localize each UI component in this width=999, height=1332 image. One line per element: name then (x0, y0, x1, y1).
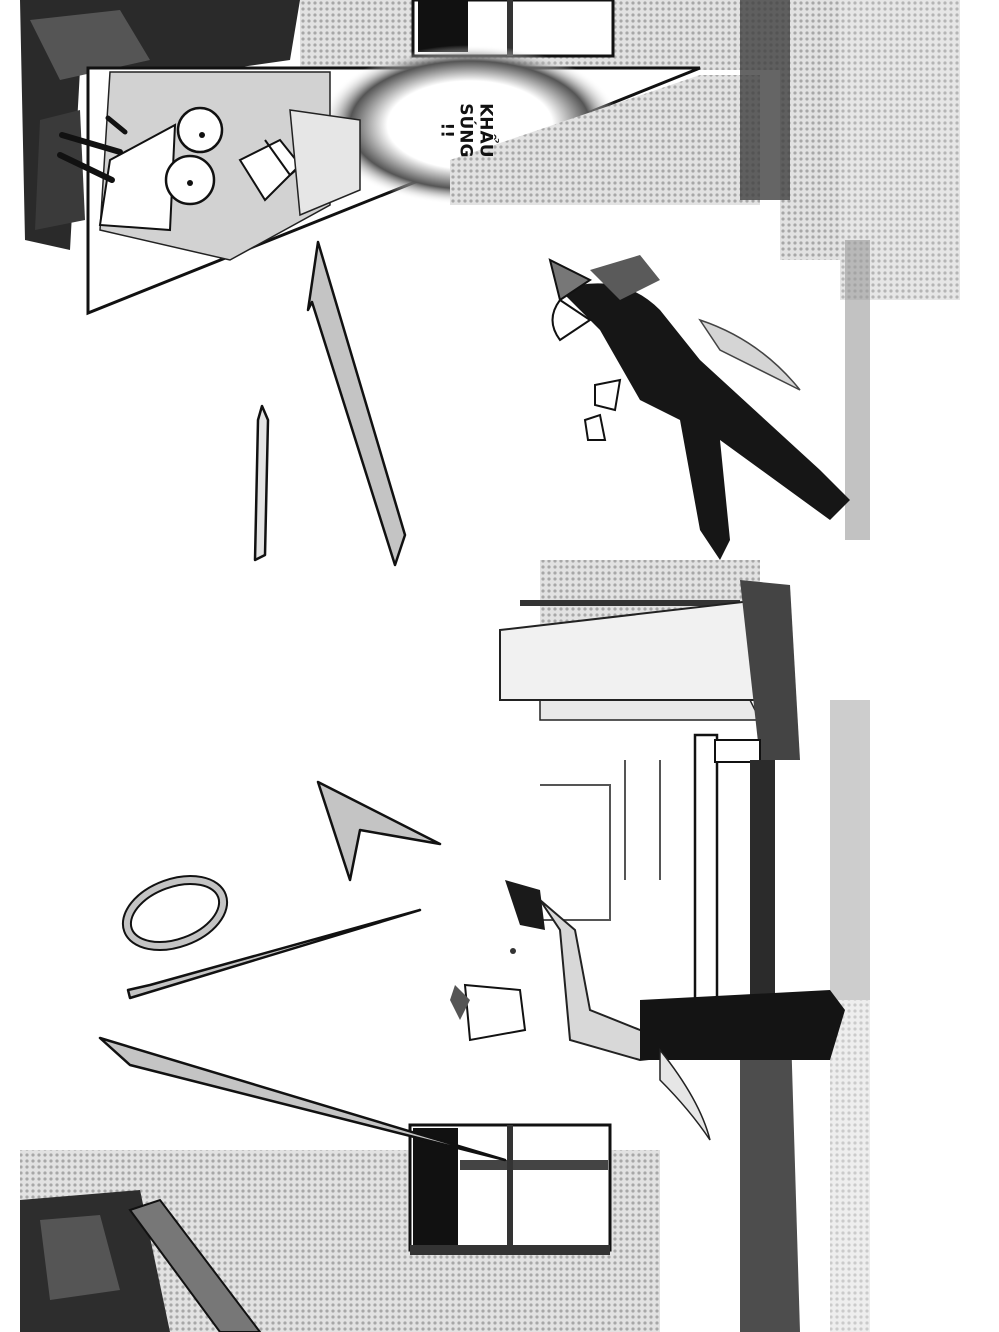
caption-khau-sung: KHẨU SÚNG !! (410, 70, 520, 190)
caption-line-1: KHẨU (475, 103, 495, 157)
wall-bricks (540, 760, 660, 920)
gunshot-sfx (100, 242, 505, 1160)
scene-artwork (0, 0, 999, 1332)
caption-text: KHẨU SÚNG !! (436, 103, 495, 157)
bench (695, 735, 775, 1035)
manga-page: KHẨU SÚNG !! (0, 0, 999, 1332)
wolf-student (550, 255, 850, 560)
ground (830, 0, 999, 1332)
caption-line-2: SÚNG (455, 103, 475, 157)
caption-line-3: !! (436, 103, 456, 157)
